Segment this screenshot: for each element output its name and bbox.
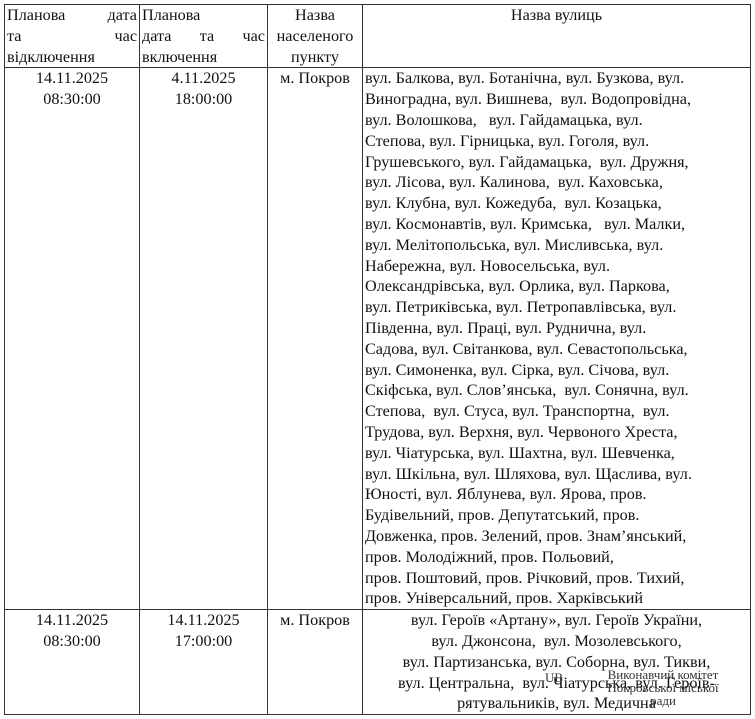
header-settlement-line-2: населеного [270,26,360,47]
header-on-line-3: включення [142,47,265,68]
street-line: вул. Симоненка, вул. Сірка, вул. Січова,… [365,360,748,381]
street-line: вул. Партизанська, вул. Соборна, вул. Ти… [365,652,748,673]
header-off-datetime: Планова дата та час відключення [5,5,140,68]
on-time: 18:00:00 [142,89,265,110]
settlement-cell: м. Покров [268,68,363,610]
off-date: 14.11.2025 [7,610,137,631]
street-line: Трудова, вул. Верхня, вул. Червоного Хре… [365,422,748,443]
header-settlement-line-1: Назва [270,5,360,26]
on-time: 17:00:00 [142,631,265,652]
street-line: Олександрівська, вул. Орлика, вул. Парко… [365,276,748,297]
street-line: вул. Шкільна, вул. Шляхова, вул. Щаслива… [365,464,748,485]
street-line: Скіфська, вул. Слов’янська, вул. Сонячна… [365,380,748,401]
header-off-line-3: відключення [7,47,137,68]
header-off-line-2: та час [7,26,137,47]
street-line: вул. Волошкова, вул. Гайдамацька, вул. [365,110,748,131]
on-date: 14.11.2025 [142,610,265,631]
settlement-cell: м. Покров [268,610,363,715]
streets-list: вул. Балкова, вул. Ботанічна, вул. Бузко… [365,68,748,609]
header-off-line-1: Планова дата [7,5,137,26]
table-row: 14.11.2025 08:30:00 14.11.2025 17:00:00 … [5,610,751,715]
off-datetime-cell: 14.11.2025 08:30:00 [5,68,140,610]
header-streets: Назва вулиць [363,5,751,68]
outage-schedule-table: Планова дата та час відключення Планова … [4,4,751,715]
street-line: Грушевського, вул. Гайдамацька, вул. Дру… [365,152,748,173]
streets-cell: вул. Героїв «Артану», вул. Героїв Україн… [363,610,751,715]
table-row: 14.11.2025 08:30:00 4.11.2025 18:00:00 м… [5,68,751,610]
street-line: Довженка, пров. Зелений, пров. Знам’янсь… [365,526,748,547]
streets-list: вул. Героїв «Артану», вул. Героїв Україн… [365,610,748,714]
on-date: 4.11.2025 [142,68,265,89]
street-line: вул. Героїв «Артану», вул. Героїв Україн… [365,610,748,631]
off-time: 08:30:00 [7,631,137,652]
street-line: Степова, вул. Стуса, вул. Транспортна, в… [365,401,748,422]
header-settlement: Назва населеного пункту [268,5,363,68]
on-datetime-cell: 4.11.2025 18:00:00 [140,68,268,610]
street-line: рятувальників, вул. Медична [365,693,748,714]
street-line: Юності, вул. Яблунева, вул. Ярова, пров. [365,484,748,505]
header-on-line-2: дата та час [142,26,265,47]
street-line: вул. Чіатурська, вул. Шахтна, вул. Шевче… [365,443,748,464]
streets-cell: вул. Балкова, вул. Ботанічна, вул. Бузко… [363,68,751,610]
street-line: вул. Петриківська, вул. Петропавлівська,… [365,297,748,318]
street-line: вул. Балкова, вул. Ботанічна, вул. Бузко… [365,68,748,89]
street-line: пров. Поштовий, пров. Річковий, пров. Ти… [365,568,748,589]
street-line: пров. Молодіжний, пров. Польовий, [365,547,748,568]
header-settlement-line-3: пункту [270,47,360,68]
street-line: Виноградна, вул. Вишнева, вул. Водопрові… [365,89,748,110]
street-line: вул. Лісова, вул. Калинова, вул. Каховсь… [365,172,748,193]
street-line: Будівельний, пров. Депутатський, пров. [365,505,748,526]
off-date: 14.11.2025 [7,68,137,89]
off-datetime-cell: 14.11.2025 08:30:00 [5,610,140,715]
street-line: пров. Універсальний, пров. Харківський [365,588,748,609]
street-line: Степова, вул. Гірницька, вул. Гоголя, ву… [365,131,748,152]
street-line: Південна, вул. Праці, вул. Руднична, вул… [365,318,748,339]
table-header-row: Планова дата та час відключення Планова … [5,5,751,68]
street-line: Садова, вул. Світанкова, вул. Севастопол… [365,339,748,360]
street-line: Набережна, вул. Новосельська, вул. [365,256,748,277]
header-on-datetime: Планова дата та час включення [140,5,268,68]
street-line: вул. Джонсона, вул. Мозолевського, [365,631,748,652]
street-line: вул. Клубна, вул. Кожедуба, вул. Козацьк… [365,193,748,214]
street-line: вул. Космонавтів, вул. Кримська, вул. Ма… [365,214,748,235]
street-line: вул. Мелітопольська, вул. Мисливська, ву… [365,235,748,256]
header-on-line-1: Планова [142,5,265,26]
on-datetime-cell: 14.11.2025 17:00:00 [140,610,268,715]
off-time: 08:30:00 [7,89,137,110]
street-line: вул. Центральна, вул. Чіатурська, вул. Г… [365,673,748,694]
